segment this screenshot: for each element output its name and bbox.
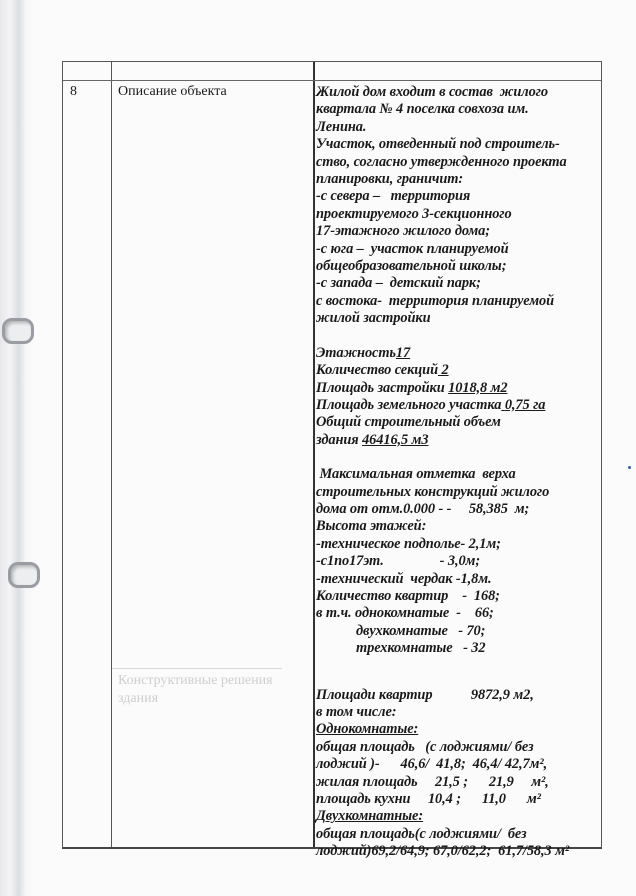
floor-height-line: -техническое подполье- 2,1м; — [316, 536, 598, 553]
apartment-count-one-room: в т.ч. однокомнатые - 66; — [316, 605, 598, 622]
floor-height-title: Высота этажей: — [316, 518, 598, 535]
intro-line: Участок, отведенный под строитель- — [316, 136, 598, 153]
apartment-area-including: в том числе: — [316, 704, 598, 721]
intro-line: 17-этажного жилого дома; — [316, 223, 598, 240]
volume-value: 46416,5 м3 — [362, 432, 428, 448]
intro-line: с востока- территория планируемой — [316, 293, 598, 310]
intro-line: ство, согласно утвержденного проекта — [316, 154, 598, 171]
binder-ring-icon — [8, 562, 40, 588]
max-mark-line: дома от отм.0.000 - - 58,385 м; — [316, 501, 598, 518]
two-room-area-line: лоджий)69,2/64,9; 67,0/62,2; 61,7/58,3 м… — [316, 843, 598, 860]
apartment-count-three-room: трехкомнатые - 32 — [316, 640, 598, 657]
floor-height-line: -с1по17эт. - 3,0м; — [316, 553, 598, 570]
scan-speck — [628, 466, 631, 469]
one-room-area-line: лоджий )- 46,6/ 41,8; 46,4/ 42,7м², — [316, 756, 598, 773]
sections-param: Количество секций 2 — [316, 362, 598, 379]
max-mark-line: строительных конструкций жилого — [316, 484, 598, 501]
object-description: Жилой дом входит в состав жилого квартал… — [316, 84, 598, 861]
apartment-count-two-room: двухкомнатые - 70; — [316, 623, 598, 640]
intro-line: -с юга – участок планируемой — [316, 241, 598, 258]
two-room-area-line: общая площадь(с лоджиями/ без — [316, 826, 598, 843]
intro-line: -с севера – территория — [316, 188, 598, 205]
one-room-area-line: площадь кухни 10,4 ; 11,0 м² — [316, 791, 598, 808]
intro-line: планировки, граничит: — [316, 171, 598, 188]
row-number: 8 — [70, 84, 77, 100]
bleed-through-label: Конструктивные решения здания — [118, 672, 288, 708]
one-room-title: Однокомнатые: — [316, 721, 598, 738]
header-row-divider — [63, 80, 601, 81]
intro-line: Ленина. — [316, 119, 598, 136]
intro-line: -с запада – детский парк; — [316, 275, 598, 292]
building-area-param: Площадь застройки 1018,8 м2 — [316, 380, 598, 397]
land-area-param: Площадь земельного участка 0,75 га — [316, 397, 598, 414]
sections-value: 2 — [438, 362, 449, 378]
bleed-through-line — [112, 668, 282, 669]
intro-line: общеобразовательной школы; — [316, 258, 598, 275]
two-room-title: Двухкомнатные: — [316, 808, 598, 825]
max-mark-line: Максимальная отметка верха — [316, 466, 598, 483]
column-divider — [313, 62, 315, 847]
volume-label: Общий строительный объем — [316, 414, 598, 431]
binder-spine — [0, 0, 34, 896]
building-area-value: 1018,8 м2 — [448, 380, 507, 396]
floors-value: 17 — [396, 345, 410, 361]
apartment-area-total: Площади квартир 9872,9 м2, — [316, 687, 598, 704]
one-room-area-line: жилая площадь 21,5 ; 21,9 м², — [316, 774, 598, 791]
apartment-count-total: Количество квартир - 168; — [316, 588, 598, 605]
intro-line: квартала № 4 поселка совхоза им. — [316, 101, 598, 118]
one-room-area-line: общая площадь (с лоджиями/ без — [316, 739, 598, 756]
land-area-value: 0,75 га — [501, 397, 545, 413]
volume-param: здания 46416,5 м3 — [316, 432, 598, 449]
intro-line: проектируемого 3-секционного — [316, 206, 598, 223]
intro-line: жилой застройки — [316, 310, 598, 327]
row-label: Описание объекта — [118, 84, 227, 100]
intro-line: Жилой дом входит в состав жилого — [316, 84, 598, 101]
column-divider — [111, 62, 112, 847]
floors-param: Этажность17 — [316, 345, 598, 362]
binder-ring-icon — [2, 318, 34, 344]
floor-height-line: -технический чердак -1,8м. — [316, 571, 598, 588]
